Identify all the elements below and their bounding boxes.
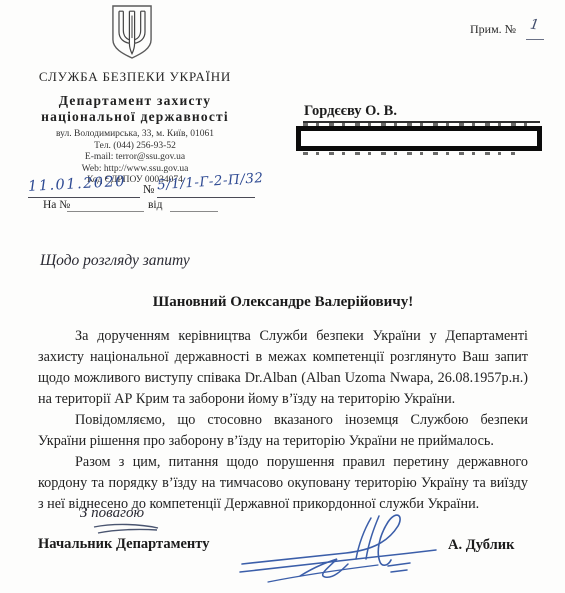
handwritten-copy-number: 1 bbox=[529, 16, 540, 33]
number-sign: № bbox=[143, 182, 154, 197]
signature bbox=[238, 502, 440, 590]
subject-line: Щодо розгляду запиту bbox=[40, 252, 190, 270]
department-name: Департамент захисту національної державн… bbox=[0, 93, 270, 125]
department-line1: Департамент захисту bbox=[0, 93, 270, 109]
ukraine-trident-emblem bbox=[106, 3, 158, 61]
redaction-box bbox=[296, 126, 542, 151]
handwritten-number: 5/1/1-Г-2-П/32 bbox=[157, 171, 256, 194]
copy-number-underline bbox=[526, 39, 544, 40]
copy-label: Прим. № bbox=[470, 22, 516, 37]
closing-regards: З повагою bbox=[80, 505, 144, 522]
phone-line: Тел. (044) 256-93-52 bbox=[0, 141, 270, 153]
reply-number-label: На № bbox=[43, 199, 70, 211]
org-name: СЛУЖБА БЕЗПЕКИ УКРАЇНИ bbox=[0, 69, 270, 85]
handwritten-date: 11.01.2020 bbox=[28, 173, 141, 195]
department-line2: національної державності bbox=[0, 109, 270, 125]
signer-position: Начальник Департаменту bbox=[38, 536, 209, 553]
outgoing-number-field: 5/1/1-Г-2-П/32 bbox=[157, 174, 255, 198]
reply-from-label: від bbox=[148, 199, 162, 211]
address-line: вул. Володимирська, 33, м. Київ, 01061 bbox=[0, 129, 270, 141]
reply-date-blank-line bbox=[170, 211, 218, 212]
document-page: СЛУЖБА БЕЗПЕКИ УКРАЇНИ Департамент захис… bbox=[0, 0, 565, 593]
outgoing-date-field: 11.01.2020 bbox=[28, 176, 140, 198]
letter-body: За дорученням керівництва Служби безпеки… bbox=[38, 326, 528, 515]
signer-name: А. Дублик bbox=[448, 537, 515, 554]
redacted-text-fragment-bottom bbox=[303, 152, 515, 155]
reply-number-blank-line bbox=[67, 211, 144, 212]
recipient-name: Гордєєву О. В. bbox=[304, 103, 397, 120]
salutation: Шановний Олександре Валерійовичу! bbox=[38, 294, 528, 311]
body-paragraph-2: Повідомляємо, що стосовно вказаного іноз… bbox=[38, 410, 528, 452]
body-paragraph-1: За дорученням керівництва Служби безпеки… bbox=[38, 326, 528, 410]
email-line: E-mail: terror@ssu.gov.ua bbox=[0, 152, 270, 164]
